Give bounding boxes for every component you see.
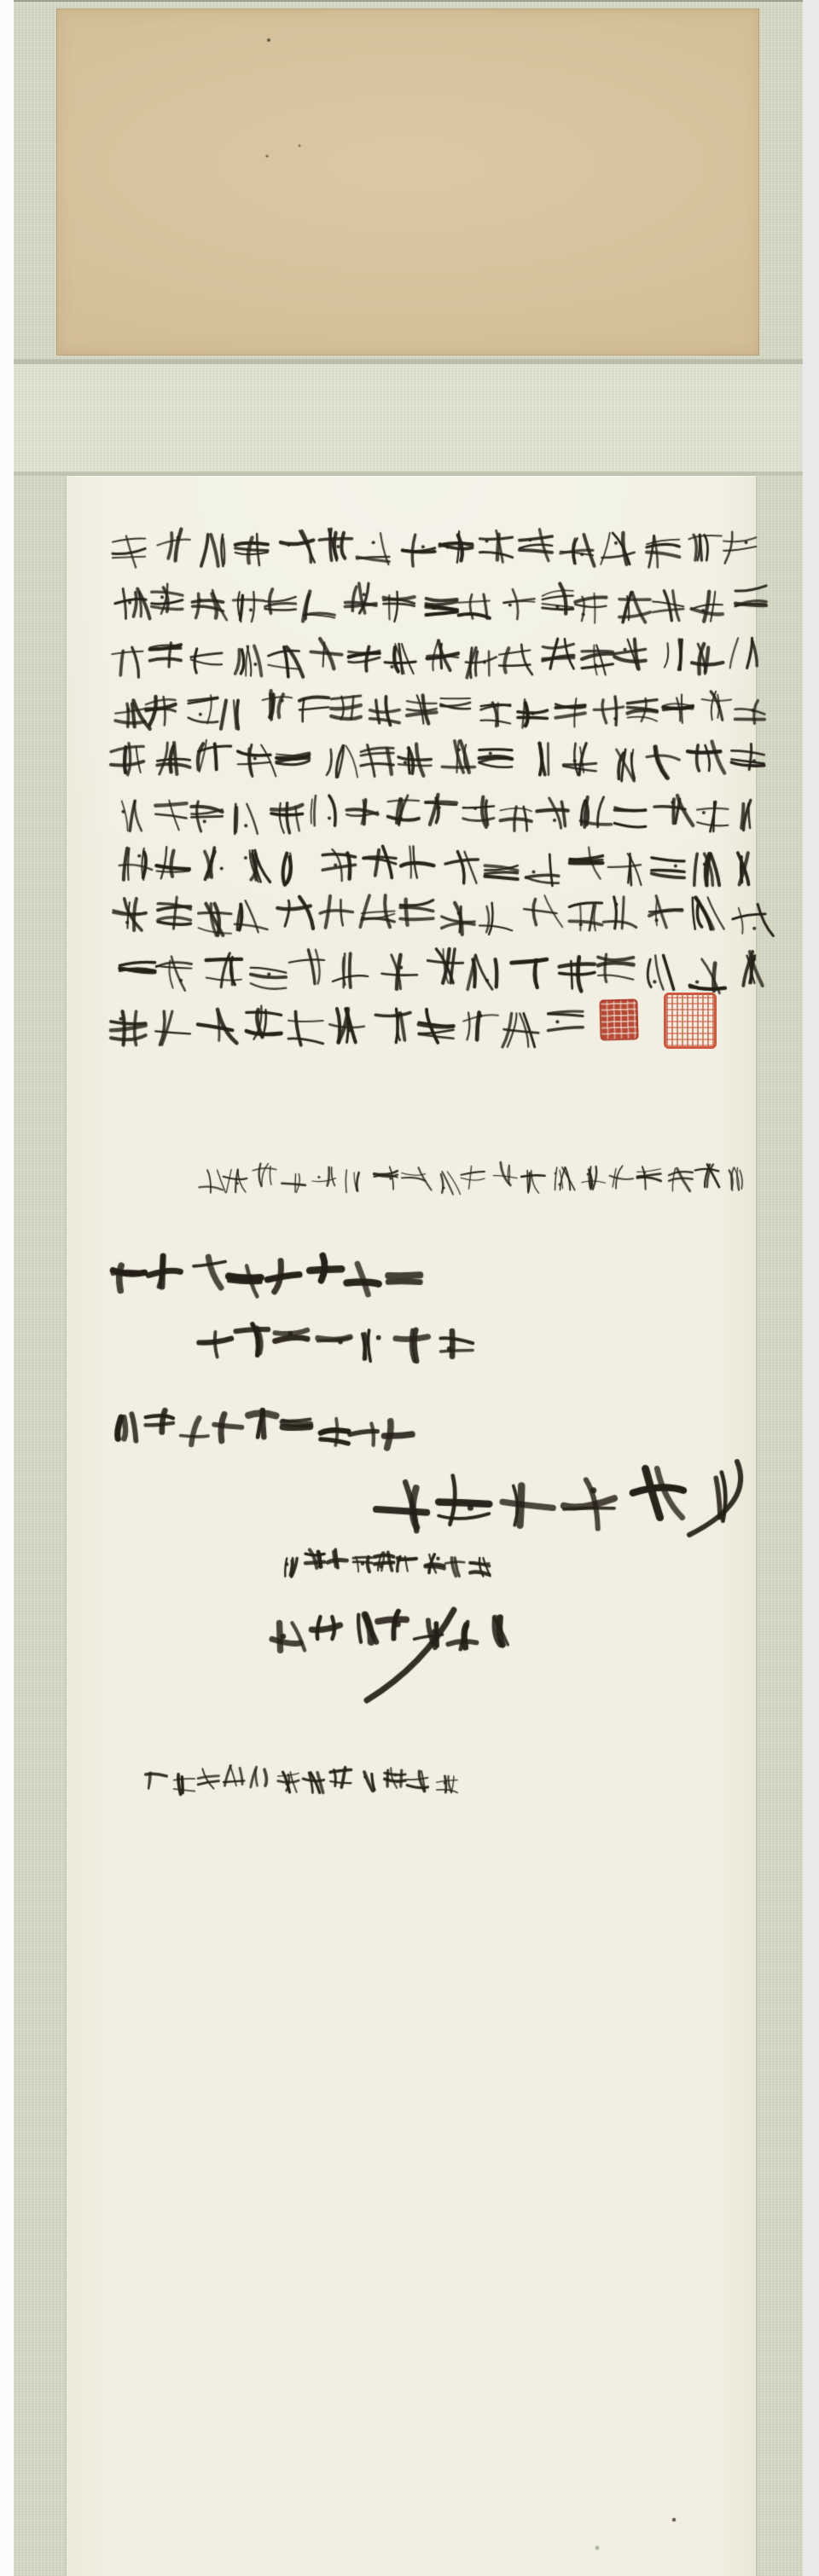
colophon-row-9 — [111, 946, 772, 996]
viewing-inscription-meiji-boshin — [107, 1241, 425, 1309]
colophon-row-10-signature-yang-shoujing — [109, 1002, 587, 1049]
hanging-scroll — [14, 0, 803, 2576]
colophon-row-8 — [109, 894, 766, 938]
viewing-inscription-joint-view — [270, 1595, 517, 1671]
colophon-row-4 — [107, 686, 771, 733]
red-seal-intaglio — [599, 999, 638, 1040]
colophon-row-7 — [111, 842, 766, 889]
colophon-row-3 — [109, 635, 768, 680]
viewing-inscription-nihon — [193, 1315, 474, 1368]
viewing-inscription-xuantong-huang-yilin — [145, 1752, 457, 1812]
viewing-inscription-odagiri-masunosuke — [278, 1537, 491, 1589]
viewing-inscription-guangxu-33 — [193, 1156, 752, 1201]
photograph-background: { "artwork": { "description": "Hanging s… — [0, 0, 819, 2576]
viewing-inscription-kan — [372, 1463, 751, 1535]
red-seal-relief — [664, 993, 717, 1049]
colophon-row-6 — [109, 791, 768, 837]
colophon-row-5 — [109, 738, 764, 784]
colophon-row-1 — [111, 527, 764, 571]
viewing-inscription-meiji-43 — [107, 1394, 418, 1461]
colophon-row-2 — [109, 580, 766, 627]
